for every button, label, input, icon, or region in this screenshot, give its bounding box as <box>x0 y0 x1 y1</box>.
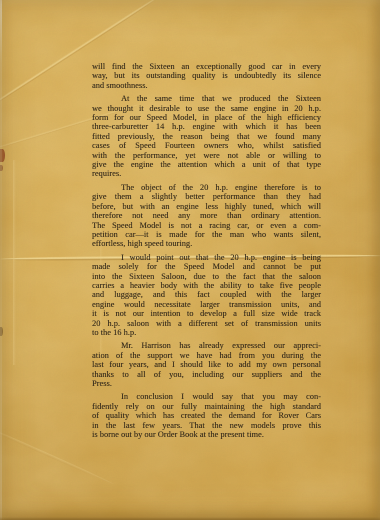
text-line: give the engine the attention which a un… <box>92 160 321 169</box>
text-line: made solely for the Speed Model and cann… <box>92 262 321 271</box>
paragraph: In conclusion I would say that you may c… <box>92 392 321 439</box>
text-line: carries a heavier body with the ability … <box>92 281 321 290</box>
crease-streak <box>13 160 16 365</box>
paragraph: I would point out that the 20 h.p. engin… <box>92 253 321 338</box>
text-line: way, but its outstanding quality is undo… <box>92 71 321 80</box>
text-line: fidently rely on our fully maintaining t… <box>92 402 321 411</box>
text-line: requires. <box>92 169 321 178</box>
text-line: I would point out that the 20 h.p. engin… <box>92 253 321 262</box>
paragraph: Mr. Harrison has already expressed our a… <box>92 341 321 388</box>
text-line: and smoothness. <box>92 81 321 90</box>
scanned-page: will find the Sixteen an exceptionally g… <box>0 0 380 520</box>
text-line: we thought it desirable to use the same … <box>92 104 321 113</box>
text-line: in the last few years. That the new mode… <box>92 421 321 430</box>
text-line: effortless, high speed touring. <box>92 239 321 248</box>
red-ink-spot <box>0 165 3 171</box>
text-line: is borne out by our Order Book at the pr… <box>92 430 321 439</box>
text-line: three-carburetter 14 h.p. engine with wh… <box>92 122 321 131</box>
paragraph: At the same time that we produced the Si… <box>92 94 321 179</box>
text-line: and luggage, and this fact coupled with … <box>92 290 321 299</box>
text-line: to the 16 h.p. <box>92 328 321 337</box>
text-line: The Speed Model is not a racing car, or … <box>92 221 321 230</box>
text-line: Press. <box>92 379 321 388</box>
text-line: thanks to all of you, including our supp… <box>92 370 321 379</box>
text-line: engine would necessitate larger transmis… <box>92 300 321 309</box>
text-line: The object of the 20 h.p. engine therefo… <box>92 183 321 192</box>
text-line: give them a slightly better performance … <box>92 192 321 201</box>
text-line: Mr. Harrison has already expressed our a… <box>92 341 321 350</box>
text-line: At the same time that we produced the Si… <box>92 94 321 103</box>
text-line: form for our Speed Model, in place of th… <box>92 113 321 122</box>
text-line: with the performance, yet were not able … <box>92 151 321 160</box>
text-line: fitted previously, the reason being that… <box>92 132 321 141</box>
text-line: ation of the support we have had from yo… <box>92 351 321 360</box>
paragraph: The object of the 20 h.p. engine therefo… <box>92 183 321 249</box>
dark-spot <box>0 327 3 336</box>
text-line: therefore not need any more than ordinar… <box>92 211 321 220</box>
text-line: into the Sixteen Saloon, due to the fact… <box>92 272 321 281</box>
letter-text: will find the Sixteen an exceptionally g… <box>92 62 321 439</box>
text-line: of quality which has created the demand … <box>92 411 321 420</box>
text-line: it is not our intention to develop a ful… <box>92 309 321 318</box>
text-line: before, but with an engine less highly t… <box>92 202 321 211</box>
text-line: cases of Speed Fourteen owners who, whil… <box>92 141 321 150</box>
paragraph: will find the Sixteen an exceptionally g… <box>92 62 321 90</box>
scan-edge-highlight <box>0 0 2 520</box>
text-line: will find the Sixteen an exceptionally g… <box>92 62 321 71</box>
text-line: petition car—it is made for the man who … <box>92 230 321 239</box>
red-ink-spot <box>0 149 5 162</box>
text-line: In conclusion I would say that you may c… <box>92 392 321 401</box>
text-line: last four years, and I should like to ad… <box>92 360 321 369</box>
text-line: 20 h.p. saloon with a different set of t… <box>92 319 321 328</box>
